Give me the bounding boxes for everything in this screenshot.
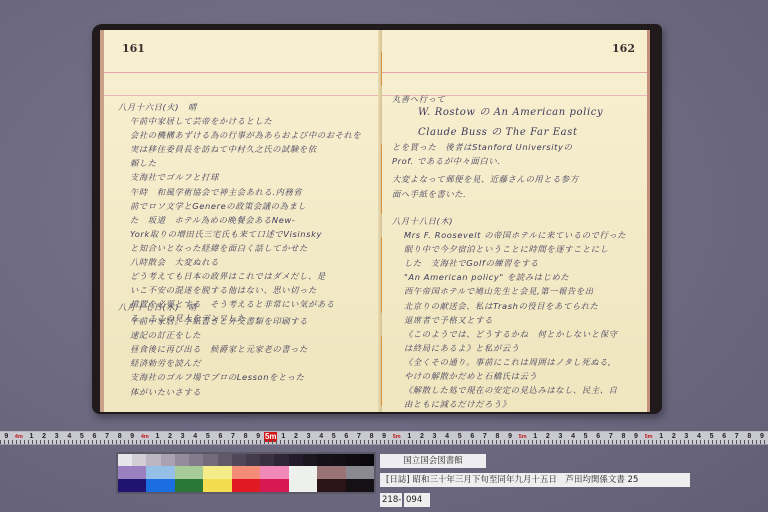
gray-patch	[146, 454, 160, 466]
gray-patch	[260, 454, 274, 466]
entry-line: 支海社でゴルフと打球	[118, 170, 378, 184]
color-calibration-chart	[116, 452, 376, 494]
entry-line: た 坂道 ホテル為めの晩餐会あるNew-	[118, 213, 378, 227]
color-patch	[232, 479, 260, 492]
color-patch	[203, 479, 231, 492]
entry-line: した 支海社でGolfの練習をする	[392, 256, 641, 270]
gray-patch	[274, 454, 288, 466]
entry-line: 由ともに減るだけだろう》	[392, 397, 641, 411]
document-title-label: [日誌] 昭和三十年三月下旬至同年九月十五日 芦田均関係文書 25	[380, 473, 690, 487]
entry-heading: 八月十七日(水) 晴	[118, 300, 378, 314]
entry-line: 《全くその通り。事前にこれは周囲はノタし死ぬる,	[392, 355, 641, 369]
entry-line: Claude Buss の The Far East	[392, 126, 641, 140]
color-patch	[203, 466, 231, 479]
diary-entry-continued: 丸善へ行って W. Rostow の An American policy Cl…	[392, 92, 641, 201]
gray-patch	[303, 454, 317, 466]
entry-line: 大変よなって郵便を見、近藤さんの用とる参方	[392, 172, 641, 186]
entry-line: 体がいたいさする	[118, 385, 378, 399]
color-patch	[175, 466, 203, 479]
entry-heading: 八月十六日(火) 晴	[118, 100, 378, 114]
entry-line: 午前中家居して芸帝をかけるとした	[118, 114, 378, 128]
entry-line: 午前中家居。手紙書きと外交書類を印刷する	[118, 314, 378, 328]
right-page: 162 丸善へ行って W. Rostow の An American polic…	[382, 30, 650, 412]
color-patch-row-dark	[118, 479, 374, 492]
gray-patch	[118, 454, 132, 466]
entry-line: 速記の訂正をした	[118, 328, 378, 342]
color-patch	[118, 466, 146, 479]
color-patch	[317, 466, 345, 479]
entry-line: 午時 和風学術協会で神主会あれる.内務省	[118, 185, 378, 199]
entry-line: いこ不安の混迷を脱する他はない、思い切った	[118, 283, 378, 297]
header-rule	[382, 72, 647, 73]
entry-line: "An American policy" を読みはじめた	[392, 270, 641, 284]
entry-line: 眠り中で今夕宿泊ということに時間を逐すことにし	[392, 242, 641, 256]
grayscale-strip	[118, 454, 374, 466]
entry-line: 西午帝国ホテルで鳩山先生と会見,第一報告を出	[392, 284, 641, 298]
gray-patch	[203, 454, 217, 466]
gray-patch	[331, 454, 345, 466]
entry-line: は終局にあるよ》と私が云う	[392, 341, 641, 355]
color-patch	[289, 479, 317, 492]
gray-patch	[189, 454, 203, 466]
entry-line: と知合いとなった経緯を面白く話してかせた	[118, 241, 378, 255]
library-label: 国立国会図書館	[380, 454, 486, 468]
entry-line: W. Rostow の An American policy	[392, 106, 641, 120]
entry-line: 支海社のゴルフ場でプロのLessonをとった	[118, 370, 378, 384]
entry-line: とを買った 後者はStanford Universityの	[392, 140, 641, 154]
gray-patch	[161, 454, 175, 466]
header-rule	[104, 72, 384, 73]
entry-line: 《このようでは、どうするかね 何とかしないと保守	[392, 327, 641, 341]
entry-line: 前でロソ文学とGenereの政策会議の為まし	[118, 199, 378, 213]
gray-patch	[360, 454, 374, 466]
header-rule-2	[104, 95, 384, 96]
entry-line: 面へ手紙を書いた.	[392, 187, 641, 201]
color-patch-row-light	[118, 466, 374, 479]
gray-patch	[346, 454, 360, 466]
gray-patch	[317, 454, 331, 466]
entry-line: Prof. であるが中々面白い.	[392, 154, 641, 168]
call-number-part2: 094	[404, 493, 430, 507]
entry-line: 実は移住委員長を訪ねて中村久之氏の試験を依	[118, 142, 378, 156]
ruler-ticks	[0, 440, 768, 444]
color-patch	[118, 479, 146, 492]
entry-line: Mrs F. Roosevelt の帝国ホテルに来ているので行った	[392, 228, 641, 242]
page-number-right: 162	[612, 42, 635, 55]
gray-patch	[132, 454, 146, 466]
color-patch	[232, 466, 260, 479]
entry-line: 経済勅労を読んだ	[118, 356, 378, 370]
diary-entry-aug17: 八月十七日(水) 晴 午前中家居。手紙書きと外交書類を印刷する 速記の訂正をした…	[118, 300, 378, 399]
entry-line: どう考えても日本の政界はこれではダメだし、是	[118, 269, 378, 283]
color-patch	[175, 479, 203, 492]
entry-line: 昼食後に再び出る 候爵家と元家老の書った	[118, 342, 378, 356]
diary-entry-aug18: 八月十八日(木) Mrs F. Roosevelt の帝国ホテルに来ているので行…	[392, 214, 641, 412]
gray-patch	[289, 454, 303, 466]
entry-line: やけの解散かだめと石橋氏は云う	[392, 369, 641, 383]
gray-patch	[232, 454, 246, 466]
color-patch	[146, 479, 174, 492]
entry-heading: 八月十八日(木)	[392, 214, 641, 228]
color-patch	[346, 479, 374, 492]
entry-line: 北京りの献送会、私はTrashの役目をあてられた	[392, 299, 641, 313]
color-patch	[346, 466, 374, 479]
left-page: 161 八月十六日(火) 晴 午前中家居して芸帝をかけるとした 会社の機構あずけ…	[100, 30, 384, 412]
color-patch	[146, 466, 174, 479]
notebook: 161 八月十六日(火) 晴 午前中家居して芸帝をかけるとした 会社の機構あずけ…	[92, 24, 662, 414]
entry-line: 《そうだね》	[392, 411, 641, 412]
entry-line: 丸善へ行って	[392, 92, 641, 106]
color-patch	[317, 479, 345, 492]
entry-line: 《解散した処で現在の安定の見込みはなし、民主、自	[392, 383, 641, 397]
gray-patch	[246, 454, 260, 466]
gray-patch	[218, 454, 232, 466]
entry-line: York取りの増田氏三宅氏も来て口述でVisinsky	[118, 227, 378, 241]
entry-line: 頼した	[118, 156, 378, 170]
color-patch	[260, 479, 288, 492]
diary-entry-aug16: 八月十六日(火) 晴 午前中家居して芸帝をかけるとした 会社の機構あずける為の行…	[118, 100, 378, 326]
entry-line: 八時散会 大変ぬれる	[118, 255, 378, 269]
page-number-left: 161	[122, 42, 145, 55]
color-patch	[260, 466, 288, 479]
measuring-tape: 94m1234567894m1234567895m1234567895m1234…	[0, 431, 768, 445]
entry-line: 会社の機構あずける為の行事が為あらおよび中のおそれを	[118, 128, 378, 142]
entry-line: 退席者で予格又とする	[392, 313, 641, 327]
call-number-part1: 218-	[380, 493, 402, 507]
gray-patch	[175, 454, 189, 466]
color-patch	[289, 466, 317, 479]
